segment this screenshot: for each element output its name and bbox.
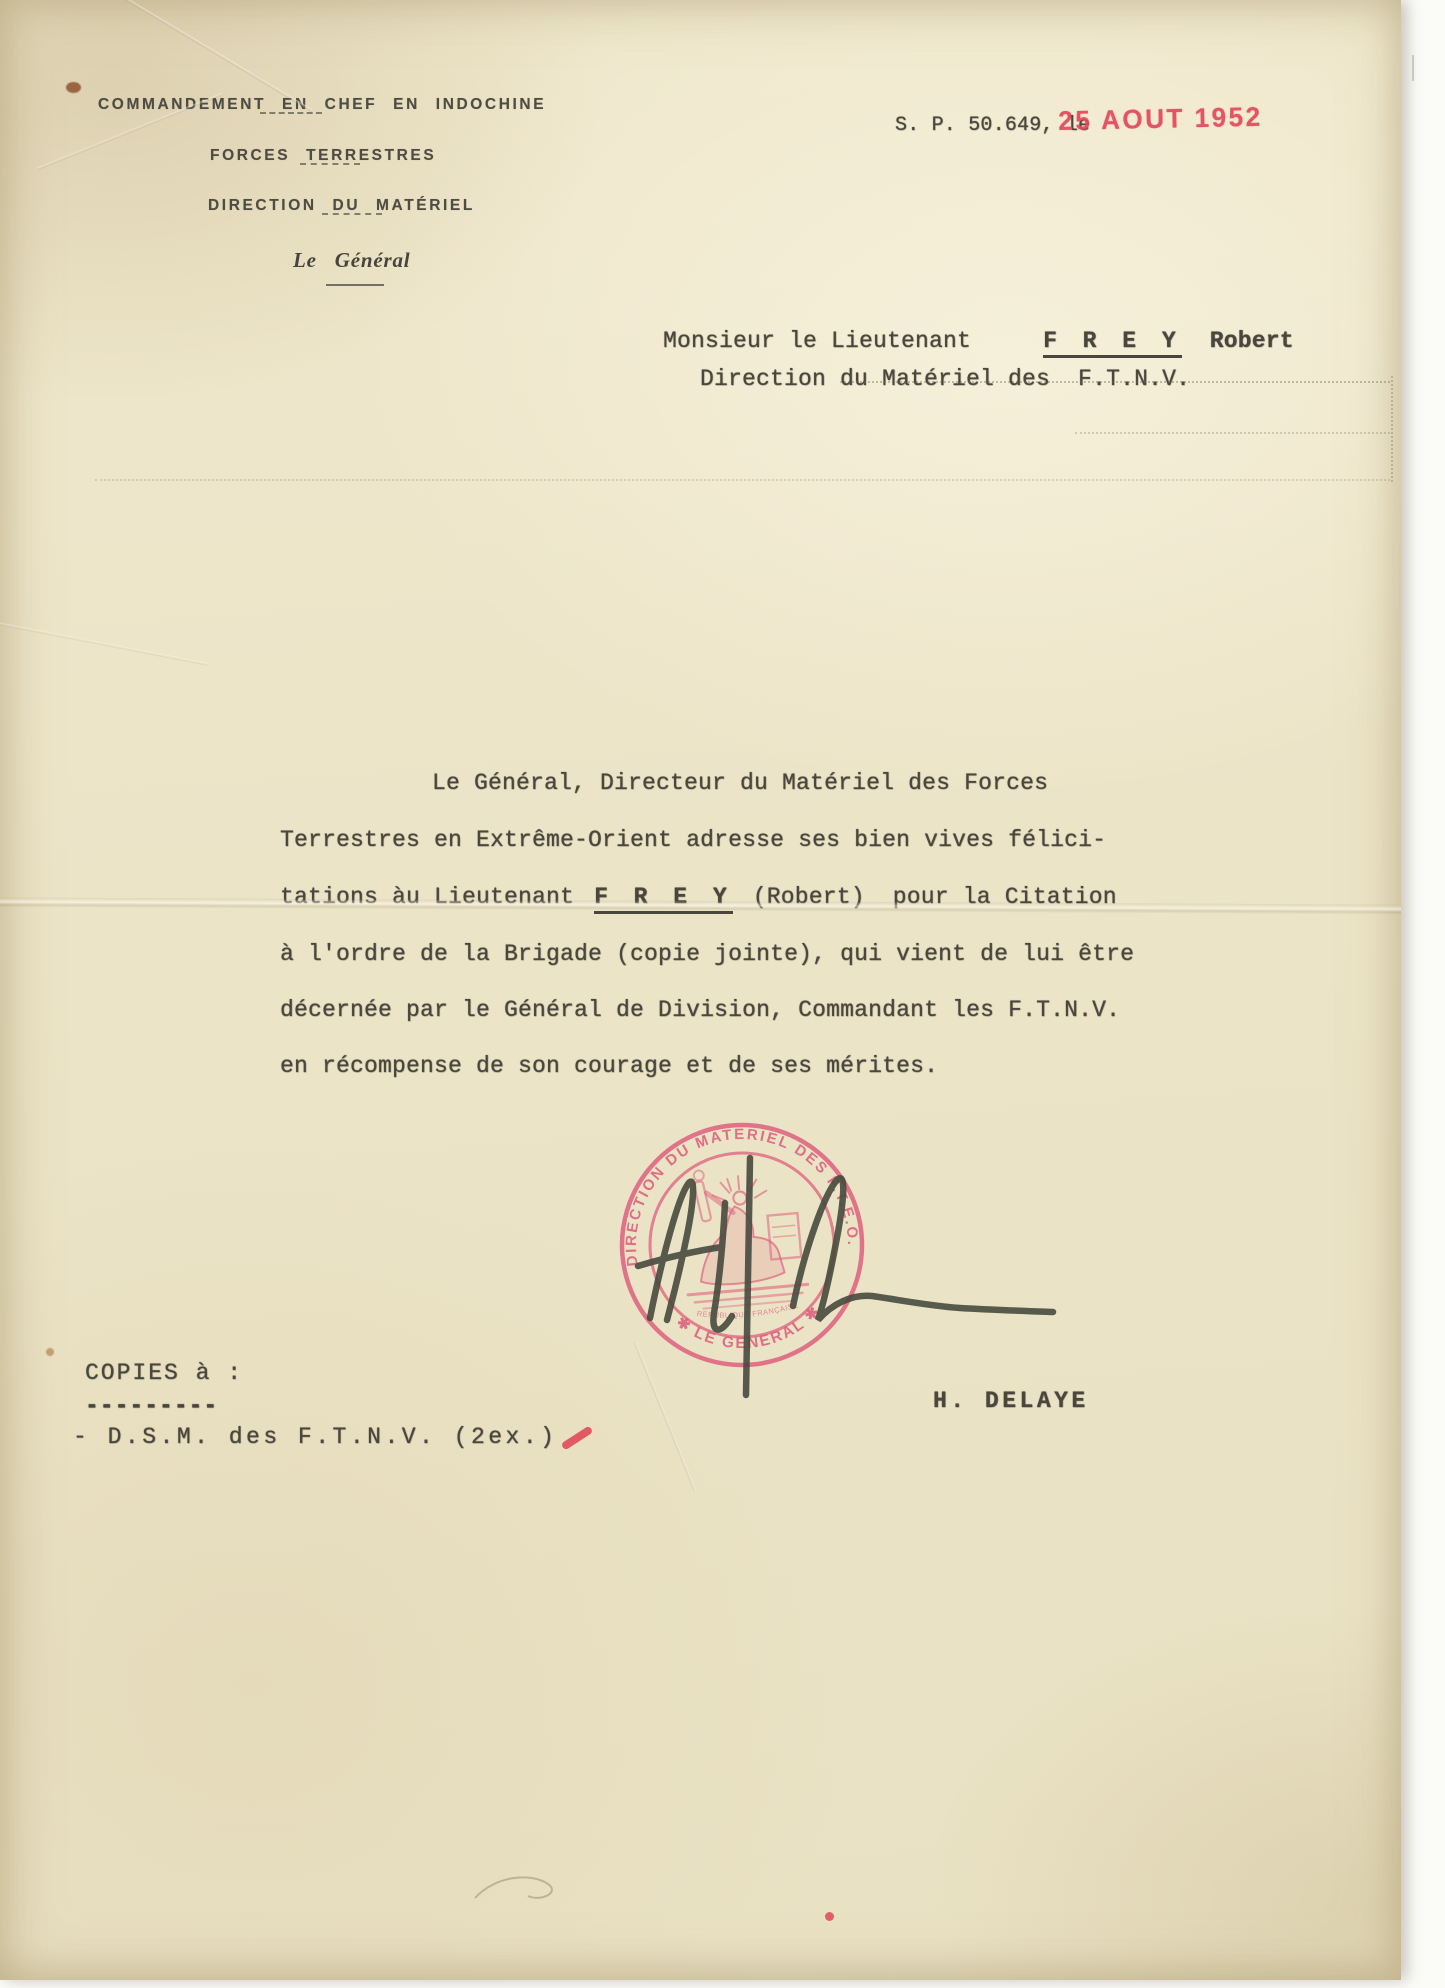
letterhead-underline-2: [300, 163, 360, 165]
body-line-3-suffix: (Robert) pour la Citation: [753, 884, 1117, 910]
letterhead-underline-3: [322, 213, 382, 215]
body-line-5: décernée par le Général de Division, Com…: [280, 997, 1120, 1023]
red-ink-dot: [825, 1912, 834, 1921]
copies-divider: ---------: [85, 1390, 218, 1421]
letterhead-line-1: COMMANDEMENT EN CHEF EN INDOCHINE: [98, 96, 546, 114]
body-line-3-prefix: tations àu Lieutenant: [280, 884, 574, 910]
addressee-line-1: Monsieur le LieutenantF R E YRobert: [663, 328, 1294, 354]
addressee-name: F R E Y: [1043, 328, 1182, 358]
body-line-6: en récompense de son courage et de ses m…: [280, 1053, 938, 1079]
scanned-letter-screenshot: COMMANDEMENT EN CHEF EN INDOCHINE FORCES…: [0, 0, 1445, 1988]
letterhead-underline-1: [260, 112, 322, 114]
paper-stain: [46, 1348, 54, 1356]
showthrough-dotted-line: [95, 479, 1390, 481]
document-paper: [0, 0, 1401, 1980]
body-line-2: Terrestres en Extrême-Orient adresse ses…: [280, 827, 1106, 853]
body-line-3: tations àu LieutenantF R E Y(Robert) pou…: [280, 884, 1117, 910]
scanner-edge-mark: [1412, 55, 1414, 81]
copies-header: COPIES à :: [85, 1360, 243, 1386]
paper-stain: [66, 82, 81, 93]
signature-ink: [500, 1108, 1100, 1408]
letterhead-signatory-underline: [326, 284, 384, 286]
body-line-1: Le Général, Directeur du Matériel des Fo…: [432, 770, 1048, 796]
date-stamp: 25 AOUT 1952: [1058, 102, 1263, 137]
addressee-prefix: Monsieur le Lieutenant: [663, 328, 971, 354]
showthrough-dotted-line: [1391, 376, 1393, 482]
body-line-3-name: F R E Y: [594, 884, 733, 914]
showthrough-dotted-line: [840, 381, 1390, 383]
addressee-suffix: Robert: [1210, 328, 1294, 354]
body-line-4: à l'ordre de la Brigade (copie jointe), …: [280, 941, 1134, 967]
copies-item: - D.S.M. des F.T.N.V. (2ex.): [73, 1424, 557, 1450]
letterhead-signatory: Le Général: [293, 248, 410, 273]
showthrough-dotted-line: [1075, 432, 1390, 434]
addressee-line-2: Direction du Matériel des F.T.N.V.: [700, 366, 1190, 392]
signer-name: H. DELAYE: [933, 1388, 1089, 1414]
